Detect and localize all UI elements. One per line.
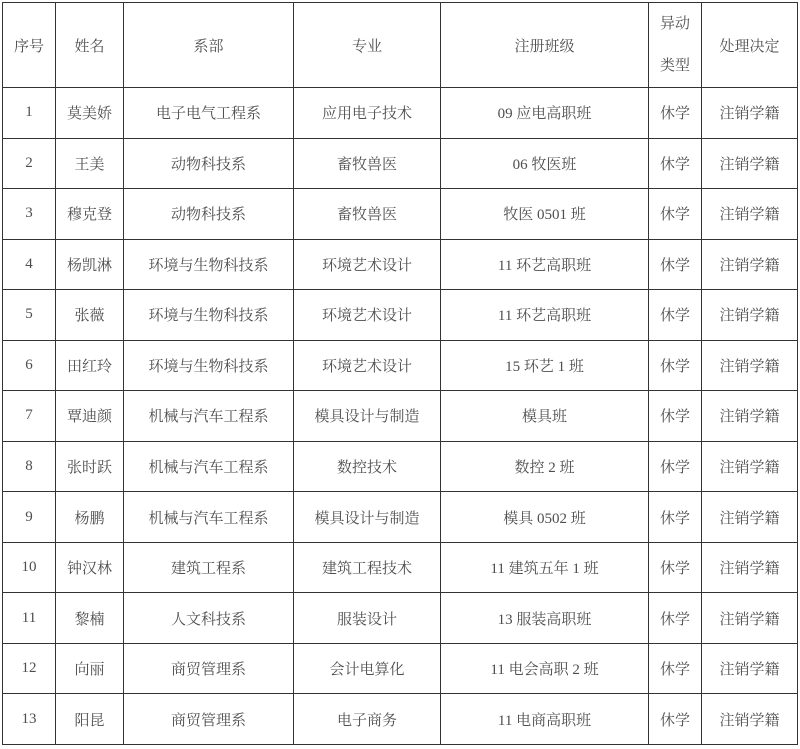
cell-change_type: 休学 [649, 694, 702, 745]
cell-name: 张薇 [56, 290, 124, 341]
cell-index: 11 [3, 593, 56, 644]
table-row: 5张薇环境与生物科技系环境艺术设计11 环艺高职班休学注销学籍 [3, 290, 798, 341]
column-header-registered_class: 注册班级 [441, 3, 649, 88]
table-row: 2王美动物科技系畜牧兽医06 牧医班休学注销学籍 [3, 138, 798, 189]
header-row: 序号姓名系部专业注册班级异动类型处理决定 [3, 3, 798, 88]
student-status-table: 序号姓名系部专业注册班级异动类型处理决定 1莫美娇电子电气工程系应用电子技术09… [2, 2, 798, 745]
cell-change_type: 休学 [649, 542, 702, 593]
cell-department: 环境与生物科技系 [124, 290, 294, 341]
cell-department: 电子电气工程系 [124, 88, 294, 139]
cell-department: 环境与生物科技系 [124, 239, 294, 290]
cell-name: 杨凯淋 [56, 239, 124, 290]
cell-department: 机械与汽车工程系 [124, 492, 294, 543]
column-header-name: 姓名 [56, 3, 124, 88]
cell-major: 环境艺术设计 [294, 340, 441, 391]
cell-decision: 注销学籍 [702, 694, 798, 745]
cell-change_type: 休学 [649, 88, 702, 139]
cell-registered_class: 11 建筑五年 1 班 [441, 542, 649, 593]
cell-registered_class: 15 环艺 1 班 [441, 340, 649, 391]
cell-name: 阳昆 [56, 694, 124, 745]
cell-change_type: 休学 [649, 138, 702, 189]
cell-major: 环境艺术设计 [294, 290, 441, 341]
cell-change_type: 休学 [649, 492, 702, 543]
cell-department: 机械与汽车工程系 [124, 441, 294, 492]
cell-decision: 注销学籍 [702, 138, 798, 189]
cell-change_type: 休学 [649, 290, 702, 341]
cell-name: 钟汉林 [56, 542, 124, 593]
cell-index: 3 [3, 189, 56, 240]
cell-index: 7 [3, 391, 56, 442]
cell-decision: 注销学籍 [702, 593, 798, 644]
cell-name: 覃迪颜 [56, 391, 124, 442]
cell-name: 黎楠 [56, 593, 124, 644]
cell-decision: 注销学籍 [702, 542, 798, 593]
table-row: 1莫美娇电子电气工程系应用电子技术09 应电高职班休学注销学籍 [3, 88, 798, 139]
table-row: 8张时跃机械与汽车工程系数控技术数控 2 班休学注销学籍 [3, 441, 798, 492]
cell-index: 8 [3, 441, 56, 492]
cell-major: 环境艺术设计 [294, 239, 441, 290]
cell-registered_class: 模具 0502 班 [441, 492, 649, 543]
cell-name: 张时跃 [56, 441, 124, 492]
cell-change_type: 休学 [649, 340, 702, 391]
cell-decision: 注销学籍 [702, 441, 798, 492]
cell-decision: 注销学籍 [702, 239, 798, 290]
cell-registered_class: 11 电商高职班 [441, 694, 649, 745]
cell-name: 莫美娇 [56, 88, 124, 139]
table-row: 10钟汉林建筑工程系建筑工程技术11 建筑五年 1 班休学注销学籍 [3, 542, 798, 593]
table-row: 9杨鹏机械与汽车工程系模具设计与制造模具 0502 班休学注销学籍 [3, 492, 798, 543]
cell-major: 服装设计 [294, 593, 441, 644]
cell-major: 会计电算化 [294, 643, 441, 694]
cell-name: 王美 [56, 138, 124, 189]
cell-decision: 注销学籍 [702, 492, 798, 543]
table-row: 6田红玲环境与生物科技系环境艺术设计15 环艺 1 班休学注销学籍 [3, 340, 798, 391]
cell-major: 电子商务 [294, 694, 441, 745]
cell-decision: 注销学籍 [702, 643, 798, 694]
column-header-index: 序号 [3, 3, 56, 88]
table-row: 12向丽商贸管理系会计电算化11 电会高职 2 班休学注销学籍 [3, 643, 798, 694]
cell-department: 建筑工程系 [124, 542, 294, 593]
cell-decision: 注销学籍 [702, 290, 798, 341]
cell-index: 9 [3, 492, 56, 543]
cell-major: 畜牧兽医 [294, 189, 441, 240]
cell-registered_class: 11 电会高职 2 班 [441, 643, 649, 694]
table-body: 1莫美娇电子电气工程系应用电子技术09 应电高职班休学注销学籍2王美动物科技系畜… [3, 88, 798, 745]
cell-major: 模具设计与制造 [294, 391, 441, 442]
cell-major: 模具设计与制造 [294, 492, 441, 543]
cell-change_type: 休学 [649, 239, 702, 290]
cell-name: 杨鹏 [56, 492, 124, 543]
cell-change_type: 休学 [649, 189, 702, 240]
cell-major: 应用电子技术 [294, 88, 441, 139]
table-header: 序号姓名系部专业注册班级异动类型处理决定 [3, 3, 798, 88]
cell-registered_class: 13 服装高职班 [441, 593, 649, 644]
cell-index: 4 [3, 239, 56, 290]
cell-registered_class: 牧医 0501 班 [441, 189, 649, 240]
cell-department: 人文科技系 [124, 593, 294, 644]
cell-department: 动物科技系 [124, 138, 294, 189]
cell-index: 13 [3, 694, 56, 745]
table-row: 13阳昆商贸管理系电子商务11 电商高职班休学注销学籍 [3, 694, 798, 745]
cell-decision: 注销学籍 [702, 340, 798, 391]
cell-index: 1 [3, 88, 56, 139]
table-row: 7覃迪颜机械与汽车工程系模具设计与制造模具班休学注销学籍 [3, 391, 798, 442]
cell-index: 10 [3, 542, 56, 593]
cell-name: 向丽 [56, 643, 124, 694]
table-row: 4杨凯淋环境与生物科技系环境艺术设计11 环艺高职班休学注销学籍 [3, 239, 798, 290]
cell-name: 穆克登 [56, 189, 124, 240]
cell-index: 5 [3, 290, 56, 341]
column-header-major: 专业 [294, 3, 441, 88]
cell-registered_class: 数控 2 班 [441, 441, 649, 492]
cell-index: 6 [3, 340, 56, 391]
column-header-department: 系部 [124, 3, 294, 88]
cell-decision: 注销学籍 [702, 391, 798, 442]
cell-decision: 注销学籍 [702, 88, 798, 139]
cell-department: 机械与汽车工程系 [124, 391, 294, 442]
cell-major: 建筑工程技术 [294, 542, 441, 593]
cell-index: 12 [3, 643, 56, 694]
cell-registered_class: 09 应电高职班 [441, 88, 649, 139]
cell-index: 2 [3, 138, 56, 189]
table-row: 3穆克登动物科技系畜牧兽医牧医 0501 班休学注销学籍 [3, 189, 798, 240]
cell-department: 商贸管理系 [124, 694, 294, 745]
column-header-decision: 处理决定 [702, 3, 798, 88]
cell-name: 田红玲 [56, 340, 124, 391]
cell-registered_class: 模具班 [441, 391, 649, 442]
cell-major: 数控技术 [294, 441, 441, 492]
cell-major: 畜牧兽医 [294, 138, 441, 189]
cell-registered_class: 11 环艺高职班 [441, 239, 649, 290]
column-header-change_type: 异动类型 [649, 3, 702, 88]
cell-department: 环境与生物科技系 [124, 340, 294, 391]
student-status-table-container: 序号姓名系部专业注册班级异动类型处理决定 1莫美娇电子电气工程系应用电子技术09… [2, 2, 797, 745]
cell-change_type: 休学 [649, 391, 702, 442]
cell-department: 商贸管理系 [124, 643, 294, 694]
cell-department: 动物科技系 [124, 189, 294, 240]
cell-change_type: 休学 [649, 643, 702, 694]
cell-registered_class: 11 环艺高职班 [441, 290, 649, 341]
cell-decision: 注销学籍 [702, 189, 798, 240]
table-row: 11黎楠人文科技系服装设计13 服装高职班休学注销学籍 [3, 593, 798, 644]
cell-change_type: 休学 [649, 593, 702, 644]
cell-registered_class: 06 牧医班 [441, 138, 649, 189]
cell-change_type: 休学 [649, 441, 702, 492]
